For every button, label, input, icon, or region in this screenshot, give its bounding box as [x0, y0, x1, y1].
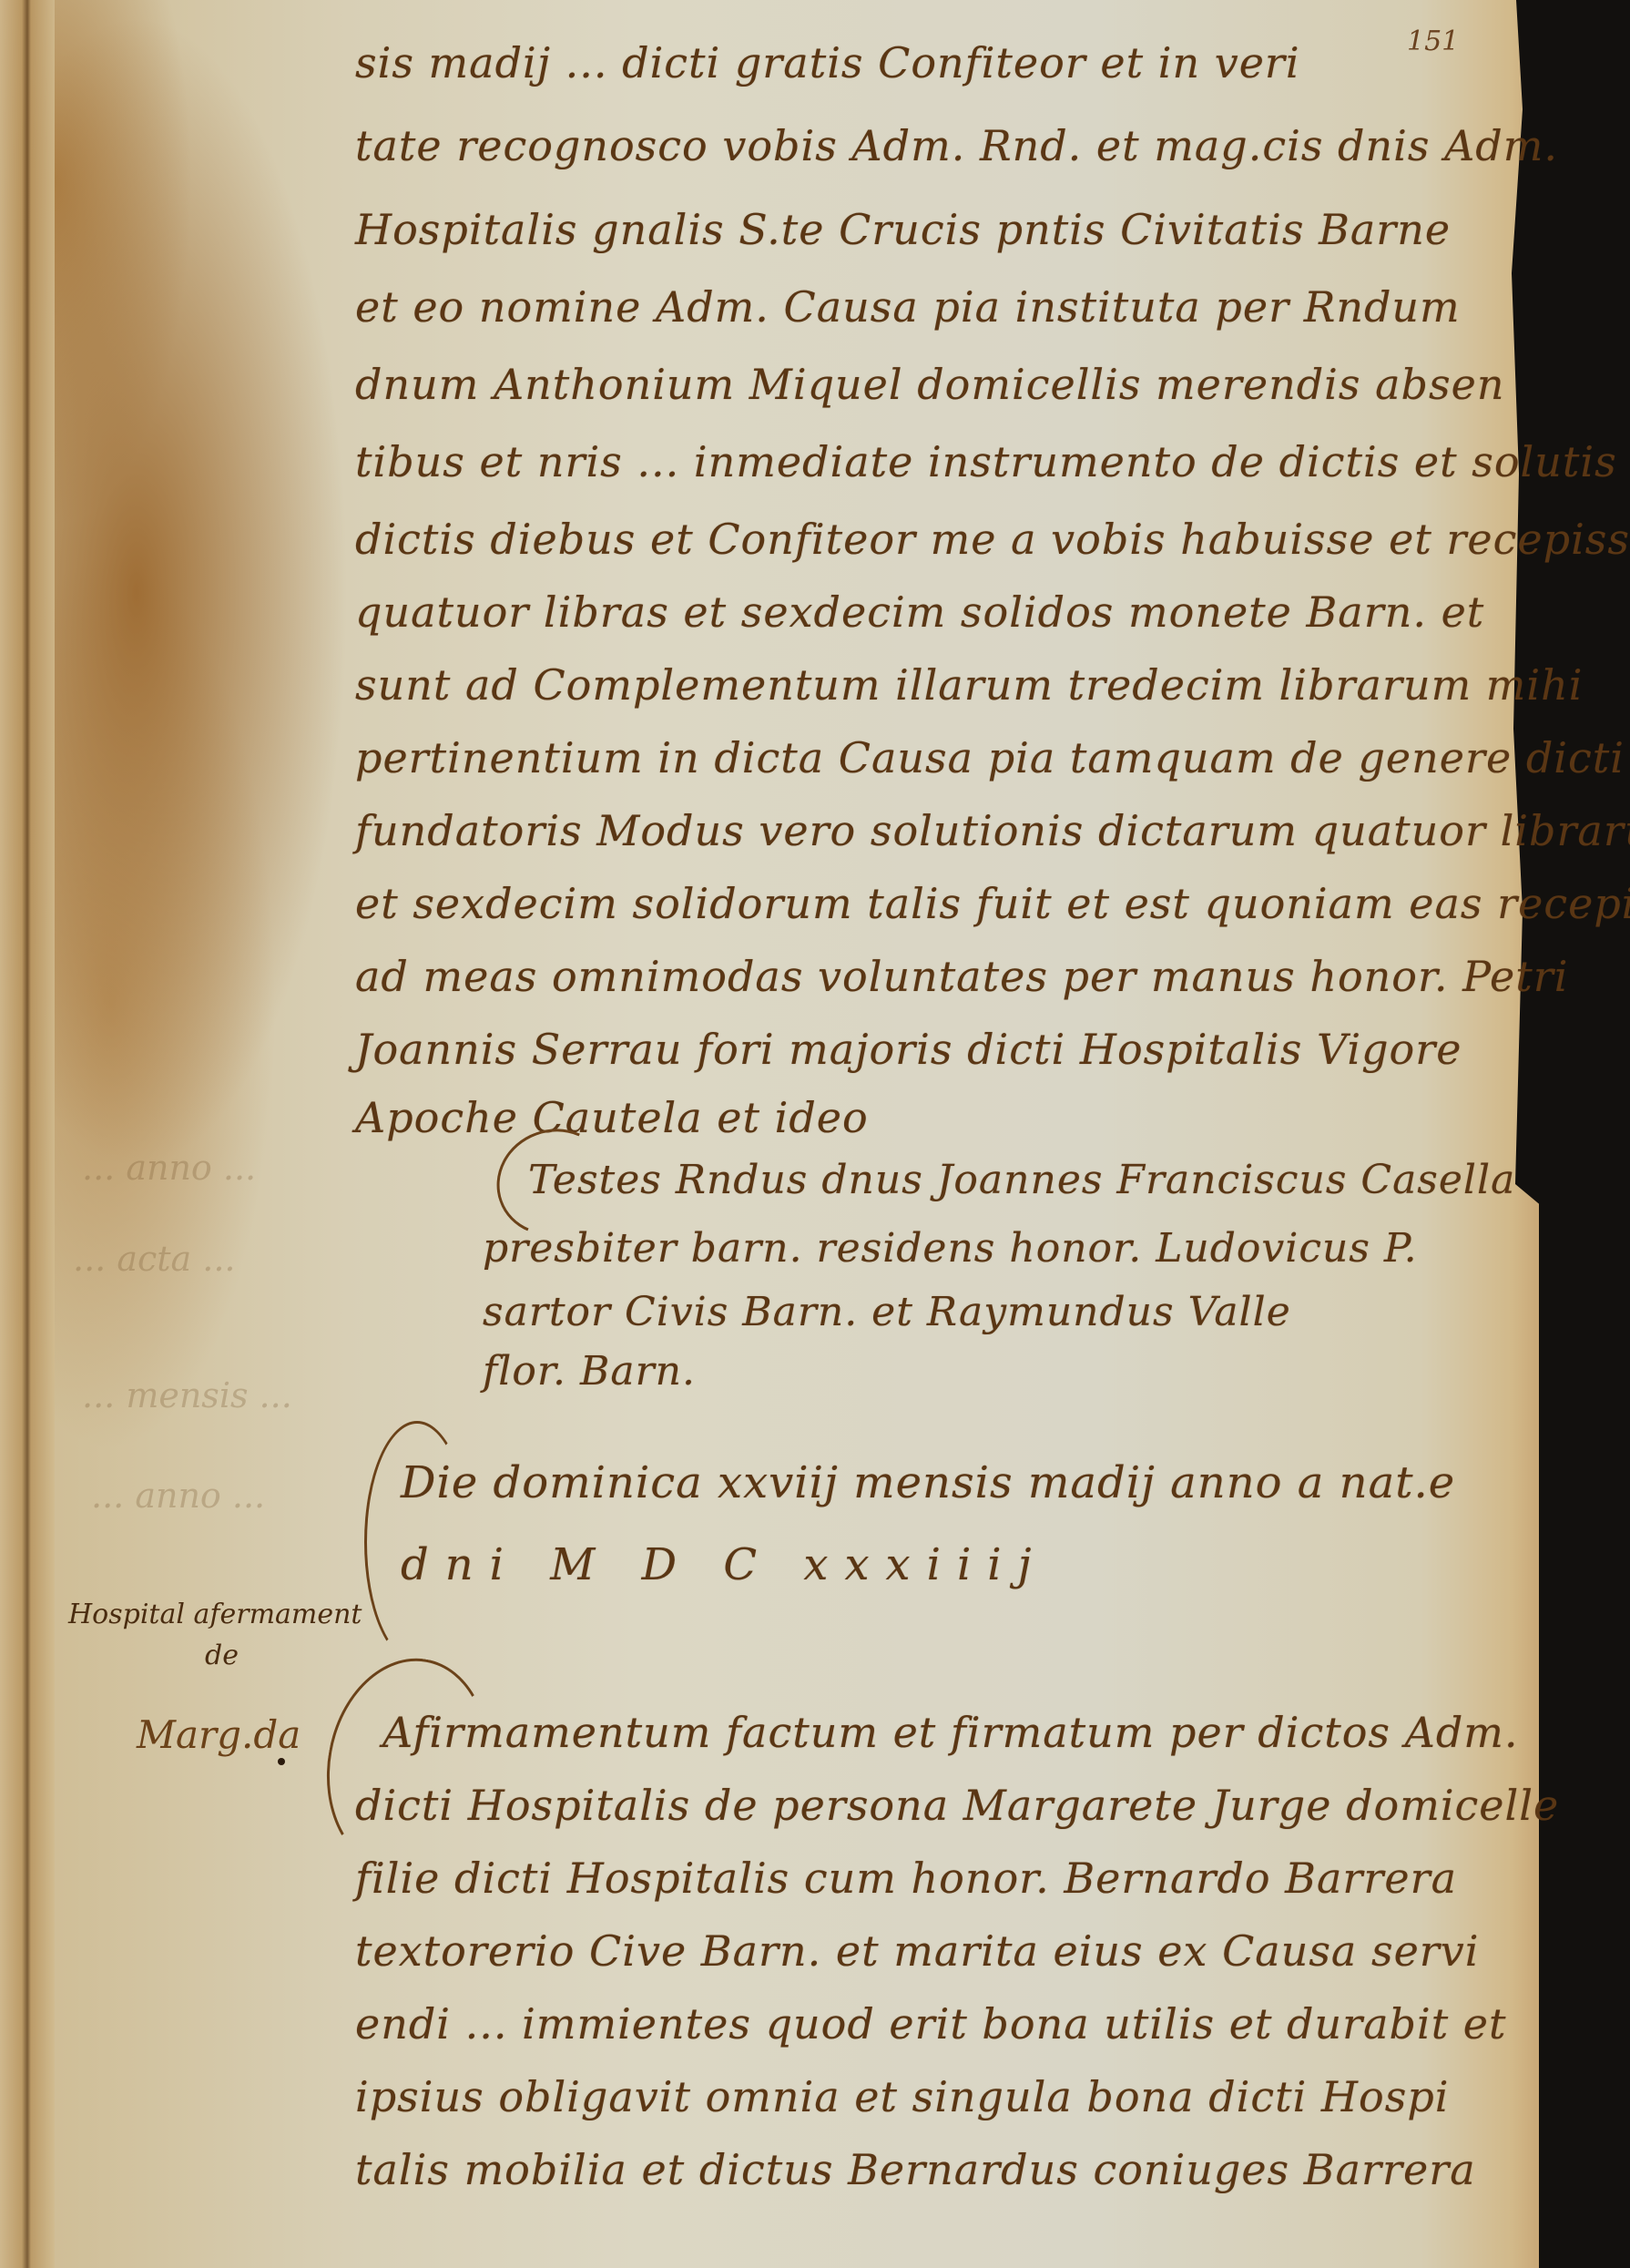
bleed-through-text: ... acta ... [73, 1239, 236, 1279]
date-line: dni M D C xxxiiij [401, 1539, 1048, 1590]
margin-note-line: Marg.da [137, 1712, 301, 1757]
text-line: ipsius obligavit omnia et singula bona d… [355, 2072, 1450, 2121]
bleed-through-text: ... anno ... [82, 1148, 256, 1188]
text-line: tate recognosco vobis Adm. Rnd. et mag.c… [355, 121, 1558, 170]
text-line: pertinentium in dicta Causa pia tamquam … [355, 733, 1625, 782]
witness-line: Testes Rndus dnus Joannes Franciscus Cas… [528, 1157, 1515, 1203]
bleed-through-text: ... anno ... [91, 1476, 265, 1516]
text-line: tibus et nris ... inmediate instrumento … [355, 437, 1630, 486]
witness-line: flor. Barn. [483, 1348, 696, 1395]
text-line: Apoche Cautela et ideo [355, 1093, 869, 1142]
witness-line: presbiter barn. residens honor. Ludovicu… [483, 1225, 1418, 1272]
binding-gutter [0, 0, 55, 2268]
text-line: et eo nomine Adm. Causa pia instituta pe… [355, 282, 1461, 332]
text-line: quatuor libras et sexdecim solidos monet… [355, 587, 1484, 637]
date-line: Die dominica xxviij mensis madij anno a … [401, 1457, 1455, 1508]
text-line: fundatoris Modus vero solutionis dictaru… [355, 806, 1630, 855]
folio-number: 151 [1407, 26, 1459, 57]
bleed-through-text: ... mensis ... [82, 1375, 292, 1415]
text-line: Afirmamentum factum et firmatum per dict… [382, 1708, 1519, 1757]
witness-line: sartor Civis Barn. et Raymundus Valle [483, 1289, 1291, 1335]
text-line: sunt ad Complementum illarum tredecim li… [355, 660, 1583, 710]
text-line: Joannis Serrau fori majoris dicti Hospit… [355, 1025, 1462, 1074]
text-line: et sexdecim solidorum talis fuit et est … [355, 879, 1630, 928]
text-line: sis madij ... dicti gratis Confiteor et … [355, 38, 1300, 87]
text-line: dictis diebus et Confiteor me a vobis ha… [355, 515, 1630, 564]
text-line: textorerio Cive Barn. et marita eius ex … [355, 1926, 1480, 1976]
text-line: dicti Hospitalis de persona Margarete Ju… [355, 1781, 1559, 1830]
manuscript-scan: ... anno ... ... acta ... ... mensis ...… [0, 0, 1630, 2268]
margin-note-line: de [205, 1640, 239, 1671]
text-line: Hospitalis gnalis S.te Crucis pntis Civi… [355, 205, 1451, 254]
text-line: endi ... immientes quod erit bona utilis… [355, 1999, 1507, 2048]
margin-note-line: Hospital afermament [68, 1599, 362, 1630]
text-line: talis mobilia et dictus Bernardus coniug… [355, 2145, 1476, 2194]
ink-dot [278, 1758, 285, 1765]
text-line: ad meas omnimodas voluntates per manus h… [355, 952, 1568, 1001]
text-line: filie dicti Hospitalis cum honor. Bernar… [355, 1854, 1457, 1903]
text-line: dnum Anthonium Miquel domicellis merendi… [355, 360, 1504, 409]
